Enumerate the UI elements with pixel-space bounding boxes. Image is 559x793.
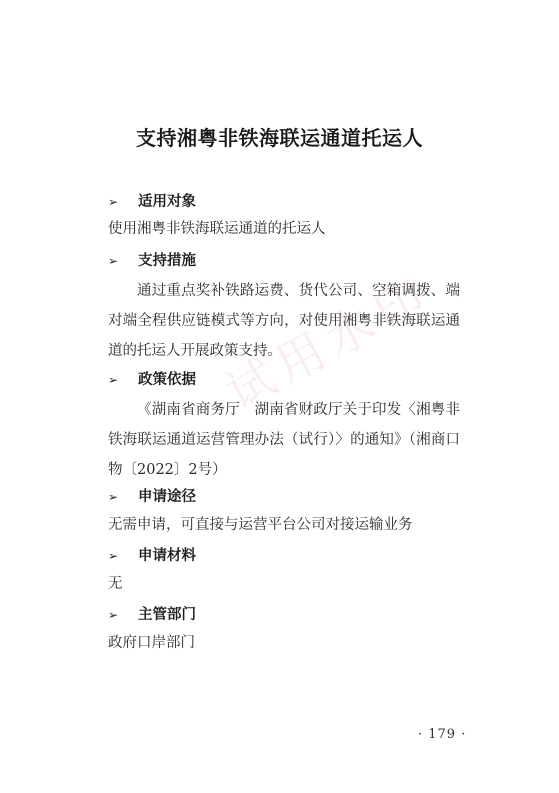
arrow-bullet-icon: ➢: [108, 192, 138, 212]
arrow-bullet-icon: ➢: [108, 251, 138, 271]
arrow-bullet-icon: ➢: [108, 370, 138, 390]
section-heading-label: 申请材料: [138, 548, 196, 564]
section-body-application-channel: 无需申请，可直接与运营平台公司对接运输业务: [108, 510, 460, 540]
section-heading-label: 政策依据: [138, 372, 196, 388]
section-heading-label: 主管部门: [138, 607, 196, 623]
arrow-bullet-icon: ➢: [108, 487, 138, 507]
document-page: 试用水印 支持湘粤非铁海联运通道托运人 ➢适用对象 使用湘粤非铁海联运通道的托运…: [0, 0, 559, 793]
page-title: 支持湘粤非铁海联运通道托运人: [0, 122, 559, 151]
section-body-policy-basis: 《湖南省商务厅 湖南省财政厅关于印发〈湘粤非铁海联运通道运营管理办法（试行）〉的…: [108, 395, 460, 485]
section-heading-label: 支持措施: [138, 253, 196, 269]
section-heading-support-measures: ➢支持措施: [108, 251, 196, 271]
section-body-application-materials: 无: [108, 569, 460, 599]
arrow-bullet-icon: ➢: [108, 605, 138, 625]
section-heading-label: 申请途径: [138, 489, 196, 505]
arrow-bullet-icon: ➢: [108, 546, 138, 566]
section-heading-application-channel: ➢申请途径: [108, 487, 196, 507]
section-heading-policy-basis: ➢政策依据: [108, 370, 196, 390]
section-heading-label: 适用对象: [138, 194, 196, 210]
section-body-applicable-object: 使用湘粤非铁海联运通道的托运人: [108, 214, 460, 244]
section-heading-competent-department: ➢主管部门: [108, 605, 196, 625]
page-number: · 179 ·: [418, 727, 466, 742]
section-body-support-measures: 通过重点奖补铁路运费、货代公司、空箱调拨、端对端全程供应链模式等方向，对使用湘粤…: [108, 276, 460, 366]
section-heading-application-materials: ➢申请材料: [108, 546, 196, 566]
section-heading-applicable-object: ➢适用对象: [108, 192, 196, 212]
section-body-competent-department: 政府口岸部门: [108, 628, 460, 658]
